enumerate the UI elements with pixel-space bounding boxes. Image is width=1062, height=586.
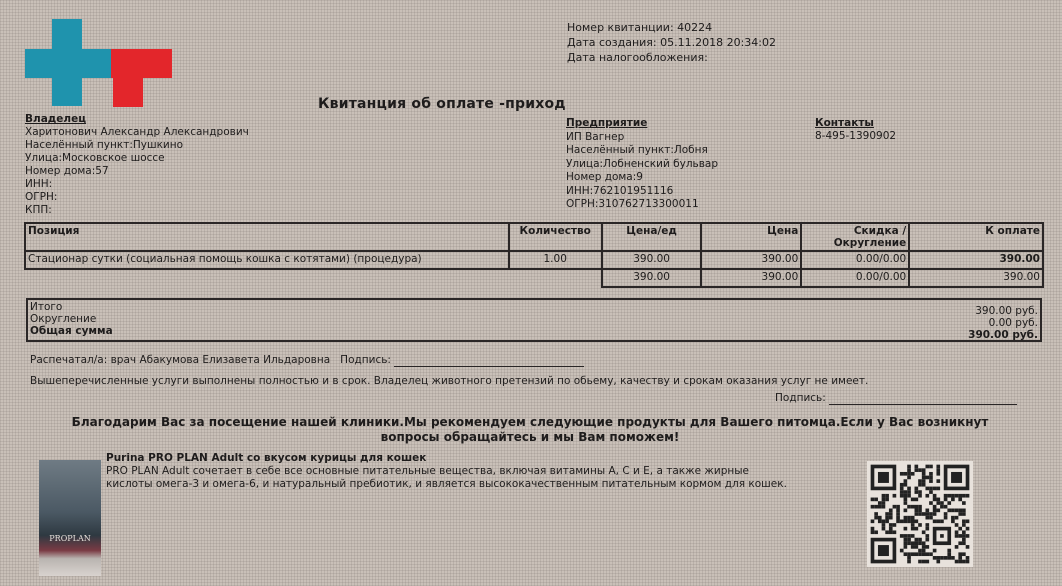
printed-by-line: Распечатал/а: врач Абакумова Елизавета И… xyxy=(30,354,584,367)
row-discount: 0.00/0.00 xyxy=(801,251,909,269)
row-quantity: 1.00 xyxy=(509,251,602,269)
totals-box: Итого Округление Общая сумма 390.00 руб.… xyxy=(26,298,1042,342)
page-title: Квитанция об оплате -приход xyxy=(318,96,566,112)
row-unit-price: 390.00 xyxy=(602,251,702,269)
owner-street: Улица:Московское шоссе xyxy=(25,152,249,165)
company-locality: Населённый пункт:Лобня xyxy=(566,144,718,158)
table-row: Стационар сутки (социальная помощь кошка… xyxy=(25,251,1043,269)
subtotal-discount: 0.00/0.00 xyxy=(801,269,909,287)
owner-heading: Владелец xyxy=(25,113,249,126)
signature-line xyxy=(394,366,584,367)
col-to-pay: К оплате xyxy=(909,223,1043,251)
disclaimer: Вышеперечисленные услуги выполнены полно… xyxy=(30,375,868,388)
contacts-heading: Контакты xyxy=(815,117,896,130)
col-position: Позиция xyxy=(25,223,509,251)
items-table: Позиция Количество Цена/ед Цена Скидка /… xyxy=(24,222,1044,288)
product-image-label: PROPLAN xyxy=(41,534,99,543)
row-price: 390.00 xyxy=(701,251,801,269)
signature-line-2 xyxy=(829,404,1017,405)
row-to-pay: 390.00 xyxy=(909,251,1043,269)
owner-locality: Населённый пункт:Пушкино xyxy=(25,139,249,152)
thanks-message: Благодарим Вас за посещение нашей клиник… xyxy=(20,415,1040,445)
contact-phone: 8-495-1390902 xyxy=(815,130,896,143)
receipt-meta: Номер квитанции: 40224 Дата создания: 05… xyxy=(567,20,776,65)
col-quantity: Количество xyxy=(509,223,602,251)
signature-label: Подпись: xyxy=(340,354,391,366)
owner-inn: ИНН: xyxy=(25,178,249,191)
product-description-1: PRO PLAN Adult сочетает в себе все основ… xyxy=(106,465,787,478)
product-description-2: кислоты омега-3 и омега-6, и натуральный… xyxy=(106,478,787,491)
row-position: Стационар сутки (социальная помощь кошка… xyxy=(25,251,509,269)
company-heading: Предприятие xyxy=(566,117,718,131)
owner-name: Харитонович Александр Александрович xyxy=(25,126,249,139)
company-name: ИП Вагнер xyxy=(566,131,718,145)
col-price: Цена xyxy=(701,223,801,251)
logo-blue-cross-bar xyxy=(25,49,111,78)
logo-red-cross-stem xyxy=(113,49,143,107)
col-discount: Скидка / Округление xyxy=(801,223,909,251)
thanks-line-2: вопросы обращайтесь и мы Вам поможем! xyxy=(20,430,1040,445)
col-unit-price: Цена/ед xyxy=(602,223,702,251)
signature-label-2: Подпись: xyxy=(775,392,826,404)
totals-values: 390.00 руб. 0.00 руб. 390.00 руб. xyxy=(968,305,1038,341)
product-image: PROPLAN xyxy=(39,460,101,576)
company-inn: ИНН:762101951116 xyxy=(566,185,718,199)
owner-block: Владелец Харитонович Александр Александр… xyxy=(25,113,249,217)
product-name: Purina PRO PLAN Adult со вкусом курицы д… xyxy=(106,452,787,465)
subtotal-to-pay: 390.00 xyxy=(909,269,1043,287)
table-header-row: Позиция Количество Цена/ед Цена Скидка /… xyxy=(25,223,1043,251)
owner-kpp: КПП: xyxy=(25,204,249,217)
company-street: Улица:Лобненский бульвар xyxy=(566,158,718,172)
grand-total-label: Общая сумма xyxy=(30,325,113,337)
subtotal-unit-price: 390.00 xyxy=(602,269,702,287)
company-ogrn: ОГРН:310762713300011 xyxy=(566,198,718,212)
owner-house: Номер дома:57 xyxy=(25,165,249,178)
tax-date: Дата налогообложения: xyxy=(567,50,776,65)
rounding-label: Округление xyxy=(30,313,113,325)
product-block: Purina PRO PLAN Adult со вкусом курицы д… xyxy=(106,452,787,491)
subtotal-row: 390.00 390.00 0.00/0.00 390.00 xyxy=(25,269,1043,287)
second-signature: Подпись: xyxy=(775,392,1017,405)
rounding-value: 0.00 руб. xyxy=(968,317,1038,329)
totals-labels: Итого Округление Общая сумма xyxy=(30,301,113,337)
total-value: 390.00 руб. xyxy=(968,305,1038,317)
printed-by: Распечатал/а: врач Абакумова Елизавета И… xyxy=(30,354,330,366)
receipt-number: Номер квитанции: 40224 xyxy=(567,20,776,35)
company-block: Предприятие ИП Вагнер Населённый пункт:Л… xyxy=(566,117,718,212)
creation-date: Дата создания: 05.11.2018 20:34:02 xyxy=(567,35,776,50)
subtotal-price: 390.00 xyxy=(701,269,801,287)
grand-total-value: 390.00 руб. xyxy=(968,329,1038,341)
company-house: Номер дома:9 xyxy=(566,171,718,185)
owner-ogrn: ОГРН: xyxy=(25,191,249,204)
total-label: Итого xyxy=(30,301,113,313)
thanks-line-1: Благодарим Вас за посещение нашей клиник… xyxy=(20,415,1040,430)
qr-code xyxy=(867,461,973,567)
contacts-block: Контакты 8-495-1390902 xyxy=(815,117,896,143)
